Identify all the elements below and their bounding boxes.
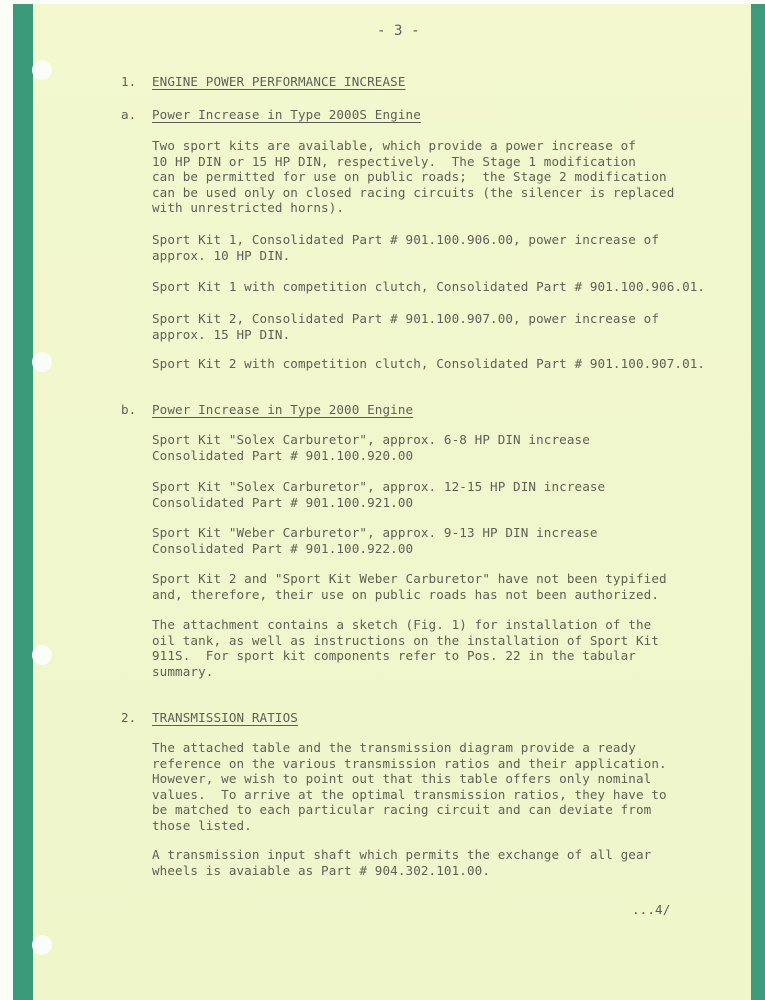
paragraph-weber: Sport Kit "Weber Carburetor", approx. 9-… — [152, 525, 732, 556]
text-line: and, therefore, their use on public road… — [152, 587, 732, 603]
text-line: values. To arrive at the optimal transmi… — [152, 787, 732, 803]
text-line: The attached table and the transmission … — [152, 740, 732, 756]
paragraph-solex-2: Sport Kit "Solex Carburetor", approx. 12… — [152, 479, 732, 510]
text-line: The attachment contains a sketch (Fig. 1… — [152, 617, 732, 633]
text-line: reference on the various transmission ra… — [152, 756, 732, 772]
text-line: Sport Kit 2 and "Sport Kit Weber Carbure… — [152, 571, 732, 587]
section-2-title: TRANSMISSION RATIOS — [152, 710, 298, 726]
paragraph-transmission: The attached table and the transmission … — [152, 740, 732, 833]
text-line: can be permitted for use on public roads… — [152, 169, 732, 185]
section-1a-number: a. — [121, 107, 136, 123]
text-line: Consolidated Part # 901.100.921.00 — [152, 495, 732, 511]
text-line: 10 HP DIN or 15 HP DIN, respectively. Th… — [152, 154, 732, 170]
text-line: wheels is avaiable as Part # 904.302.101… — [152, 863, 732, 879]
paragraph-kit2-clutch: Sport Kit 2 with competition clutch, Con… — [152, 356, 732, 372]
paragraph-attachment: The attachment contains a sketch (Fig. 1… — [152, 617, 732, 679]
section-1b-title: Power Increase in Type 2000 Engine — [152, 402, 413, 418]
section-1a-title: Power Increase in Type 2000S Engine — [152, 107, 421, 123]
text-line: with unrestricted horns). — [152, 200, 732, 216]
text-line: 911S. For sport kit components refer to … — [152, 648, 732, 664]
continuation-marker: ...4/ — [632, 902, 670, 918]
section-1-title: ENGINE POWER PERFORMANCE INCREASE — [152, 74, 406, 90]
text-line: Sport Kit "Weber Carburetor", approx. 9-… — [152, 525, 732, 541]
text-line: Sport Kit 1, Consolidated Part # 901.100… — [152, 232, 732, 248]
text-line: summary. — [152, 664, 732, 680]
text-line: can be used only on closed racing circui… — [152, 185, 732, 201]
text-line: Two sport kits are available, which prov… — [152, 138, 732, 154]
text-line: Sport Kit "Solex Carburetor", approx. 12… — [152, 479, 732, 495]
text-line: Sport Kit "Solex Carburetor", approx. 6-… — [152, 432, 732, 448]
page-number: - 3 - — [377, 24, 420, 40]
section-2-number: 2. — [121, 710, 136, 726]
text-line: approx. 15 HP DIN. — [152, 327, 732, 343]
section-1b-number: b. — [121, 402, 136, 418]
text-line: Sport Kit 2 with competition clutch, Con… — [152, 356, 732, 372]
text-line: Sport Kit 2, Consolidated Part # 901.100… — [152, 311, 732, 327]
paragraph-kit1: Sport Kit 1, Consolidated Part # 901.100… — [152, 232, 732, 263]
text-line: oil tank, as well as instructions on the… — [152, 633, 732, 649]
paragraph-solex-1: Sport Kit "Solex Carburetor", approx. 6-… — [152, 432, 732, 463]
text-line: be matched to each particular racing cir… — [152, 802, 732, 818]
section-1-number: 1. — [121, 74, 136, 90]
text-line: Consolidated Part # 901.100.922.00 — [152, 541, 732, 557]
paragraph-kit2: Sport Kit 2, Consolidated Part # 901.100… — [152, 311, 732, 342]
text-line: approx. 10 HP DIN. — [152, 248, 732, 264]
text-line: those listed. — [152, 818, 732, 834]
text-line: However, we wish to point out that this … — [152, 771, 732, 787]
paragraph-intro: Two sport kits are available, which prov… — [152, 138, 732, 216]
paragraph-typification-note: Sport Kit 2 and "Sport Kit Weber Carbure… — [152, 571, 732, 602]
paragraph-kit1-clutch: Sport Kit 1 with competition clutch, Con… — [152, 279, 732, 295]
document-body: - 3 - 1. ENGINE POWER PERFORMANCE INCREA… — [0, 0, 765, 1000]
text-line: Consolidated Part # 901.100.920.00 — [152, 448, 732, 464]
paragraph-input-shaft: A transmission input shaft which permits… — [152, 847, 732, 878]
text-line: A transmission input shaft which permits… — [152, 847, 732, 863]
text-line: Sport Kit 1 with competition clutch, Con… — [152, 279, 732, 295]
